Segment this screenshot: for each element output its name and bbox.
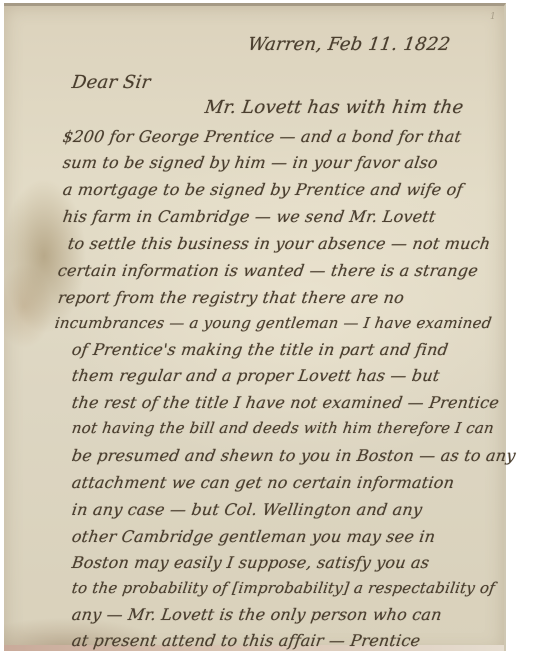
body-line: not having the bill and deeds with him t… xyxy=(71,419,495,437)
body-line: to the probability of [improbability] a … xyxy=(71,579,497,597)
body-line: sum to be signed by him — in your favor … xyxy=(62,153,440,172)
body-line: any — Mr. Lovett is the only person who … xyxy=(71,605,443,624)
dateline: Warren, Feb 11. 1822 xyxy=(247,34,452,55)
body-line: them regular and a proper Lovett has — b… xyxy=(71,366,441,385)
page-number: 1 xyxy=(490,12,496,22)
body-line: of Prentice's making the title in part a… xyxy=(71,340,450,359)
body-line: in any case — but Col. Wellington and an… xyxy=(71,500,424,519)
body-line: Mr. Lovett has with him the xyxy=(204,97,465,118)
body-line: be presumed and shewn to you in Boston —… xyxy=(71,446,517,465)
body-line: at present attend to this affair — Prent… xyxy=(71,631,422,650)
body-line: certain information is wanted — there is… xyxy=(57,261,480,280)
scanned-page: 1 Warren, Feb 11. 1822 Dear Sir Mr. Love… xyxy=(0,0,545,651)
body-line: the rest of the title I have not examine… xyxy=(71,393,501,412)
body-line: other Cambridge gentleman you may see in xyxy=(71,527,437,546)
body-line: incumbrances — a young gentleman — I hav… xyxy=(54,314,493,332)
body-line: $200 for George Prentice — and a bond fo… xyxy=(62,127,463,146)
body-line: Boston may easily I suppose, satisfy you… xyxy=(71,553,431,572)
body-line: report from the registry that there are … xyxy=(57,288,406,307)
body-line: to settle this business in your absence … xyxy=(67,234,492,253)
body-line: his farm in Cambridge — we send Mr. Love… xyxy=(62,207,437,226)
body-line: a mortgage to be signed by Prentice and … xyxy=(62,180,464,199)
salutation: Dear Sir xyxy=(71,72,152,93)
body-line: attachment we can get no certain informa… xyxy=(71,473,456,492)
